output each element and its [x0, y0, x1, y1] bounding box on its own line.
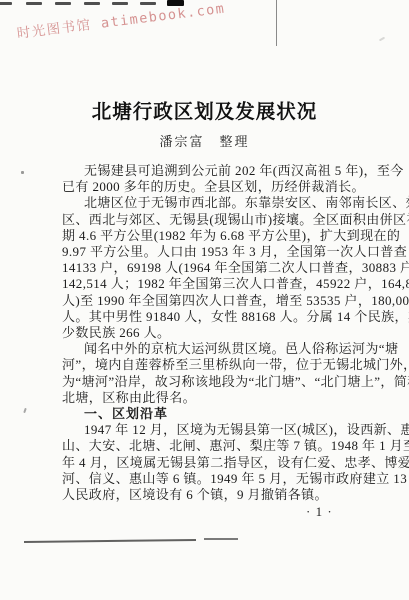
binding-dash — [55, 2, 71, 5]
byline: 潘宗富 整理 — [0, 131, 409, 150]
text-line: 1947 年 12 月，区境为无锡县第一区(城区)，设西新、惠 — [62, 422, 385, 438]
page-title: 北塘行政区划及发展状况 — [0, 96, 409, 124]
text-line: 为“塘河”沿岸，故习称该地段为“北门塘”、“北门塘上”，简称 — [62, 374, 385, 390]
text-line: 9.97 平方公里。人口由 1953 年 3 月，全国第一次人口普查 — [62, 244, 385, 260]
page-number: · 1 · — [306, 504, 333, 520]
scan-artifact-line — [24, 539, 196, 543]
watermark: 时光图书馆 atimebook.com — [16, 0, 227, 42]
text-line: 无锡建县可追溯到公元前 202 年(西汉高祖 5 年)，至今 — [62, 163, 385, 179]
scan-artifact-line — [204, 538, 238, 540]
text-line: 少数民族 266 人。 — [62, 325, 385, 341]
text-line: 北塘，区称由此得名。 — [62, 390, 385, 406]
binding-dash — [112, 2, 128, 5]
text-line: 闻名中外的京杭大运河纵贯区境。邑人俗称运河为“塘 — [62, 341, 385, 357]
text-line: 山、大安、北塘、北闸、惠河、梨庄等 7 镇。1948 年 1 月至 1949 — [62, 438, 385, 454]
text-line: 142,514 人；1982 年全国第三次人口普查，45922 户，164,86… — [62, 276, 385, 292]
scan-speck — [21, 171, 24, 174]
text-line: 年 4 月，区境属无锡县第二指导区，设有仁爱、忠孝、博爱、惠 — [62, 455, 385, 471]
binding-dash — [0, 2, 12, 5]
crease-line — [276, 0, 277, 46]
binding-dash — [26, 2, 42, 5]
text-line: 人)至 1990 年全国第四次人口普查，增至 53535 户，180,008 — [62, 293, 385, 309]
section-heading: 一、区划沿革 — [62, 406, 385, 422]
text-line: 14133 户，69198 人(1964 年全国第二次人口普查，30883 户， — [62, 260, 385, 276]
scan-speck — [23, 408, 27, 413]
text-line: 人。其中男性 91840 人，女性 88168 人。分属 14 个民族，其中 — [62, 309, 385, 325]
scanned-page: 时光图书馆 atimebook.com 北塘行政区划及发展状况 潘宗富 整理 无… — [0, 0, 409, 600]
text-line: 期 4.6 平方公里(1982 年为 6.68 平方公里)，扩大到现在的 — [62, 228, 385, 244]
text-line: 河、信义、惠山等 6 镇。1949 年 5 月，无锡市政府建立 13 个镇 — [62, 471, 385, 487]
text-line: 北塘区位于无锡市西北部。东靠崇安区、南邻南长区、郊 — [62, 195, 385, 211]
text-line: 人民政府，区境设有 6 个镇，9 月撤销各镇。 — [62, 487, 385, 503]
text-line: 已有 2000 多年的历史。全县区划，历经併裁消长。 — [62, 179, 385, 195]
text-line: 河”，境内自莲蓉桥至三里桥纵向一带，位于无锡北城门外，又 — [62, 357, 385, 373]
binding-dash — [84, 2, 100, 5]
scan-speck — [379, 37, 385, 42]
body-text: 无锡建县可追溯到公元前 202 年(西汉高祖 5 年)，至今 已有 2000 多… — [62, 163, 385, 503]
text-line: 区、西北与郊区、无锡县(现锡山市)接壤。全区面积由併区初 — [62, 212, 385, 228]
